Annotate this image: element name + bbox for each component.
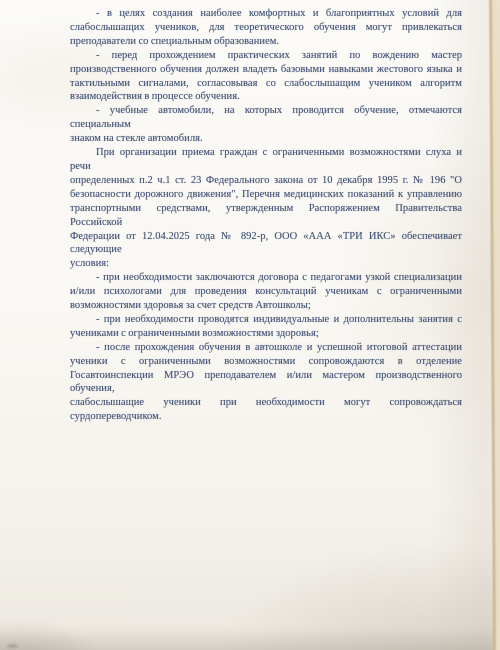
- text-line: - в целях создания наиболее комфортных и…: [70, 7, 462, 21]
- text-line: безопасности дорожного движения", Перечн…: [70, 188, 462, 202]
- paragraph: - при необходимости проводятся индивидуа…: [70, 313, 462, 341]
- text-line: - после прохождения обучения в автошколе…: [70, 341, 462, 355]
- text-line: знаком на стекле автомобиля.: [70, 132, 462, 146]
- paper-right-edge-strip: [488, 0, 500, 650]
- text-line: возможностями здоровья за счет средств А…: [70, 299, 462, 313]
- text-line: условия:: [70, 257, 462, 271]
- text-line: определенных п.2 ч.1 ст. 23 Федерального…: [70, 174, 462, 188]
- text-line: Госавтоинспекции МРЭО преподавателем и/и…: [70, 369, 462, 397]
- document-text: - в целях создания наиболее комфортных и…: [70, 7, 462, 424]
- paragraph: При организации приема граждан с огранич…: [70, 146, 462, 271]
- text-line: - перед прохождением практических заняти…: [70, 49, 462, 63]
- text-line: - при необходимости заключаются договора…: [70, 271, 462, 285]
- text-line: учениками с ограниченными возможностями …: [70, 327, 462, 341]
- text-line: - учебные автомобили, на которых проводи…: [70, 104, 462, 132]
- photo-artifact: [7, 644, 18, 648]
- paragraph: - при необходимости заключаются договора…: [70, 271, 462, 313]
- text-line: тактильными сигналами, согласовывая со с…: [70, 77, 462, 91]
- text-line: преподаватели со специальным образование…: [70, 35, 462, 49]
- paragraph: - перед прохождением практических заняти…: [70, 49, 462, 105]
- photo-of-document: - в целях создания наиболее комфортных и…: [0, 0, 500, 650]
- text-line: производственного обучения должен владет…: [70, 63, 462, 77]
- paragraph: - в целях создания наиболее комфортных и…: [70, 7, 462, 49]
- paragraph: - учебные автомобили, на которых проводи…: [70, 104, 462, 146]
- text-line: ученики с ограниченными возможностями со…: [70, 355, 462, 369]
- text-line: взаимодействия в процессе обучения.: [70, 90, 462, 104]
- paragraph: - после прохождения обучения в автошколе…: [70, 341, 462, 424]
- text-line: При организации приема граждан с огранич…: [70, 146, 462, 174]
- text-line: и/или психологами для проведения консуль…: [70, 285, 462, 299]
- text-line: слабослышащие ученики при необходимости …: [70, 396, 462, 424]
- text-line: - при необходимости проводятся индивидуа…: [70, 313, 462, 327]
- text-line: слабослышащих учеников, для теоретическо…: [70, 21, 462, 35]
- text-line: транспортными средствами, утвержденным Р…: [70, 202, 462, 230]
- text-line: Федерации от 12.04.2025 года № 892-р, ОО…: [70, 230, 462, 258]
